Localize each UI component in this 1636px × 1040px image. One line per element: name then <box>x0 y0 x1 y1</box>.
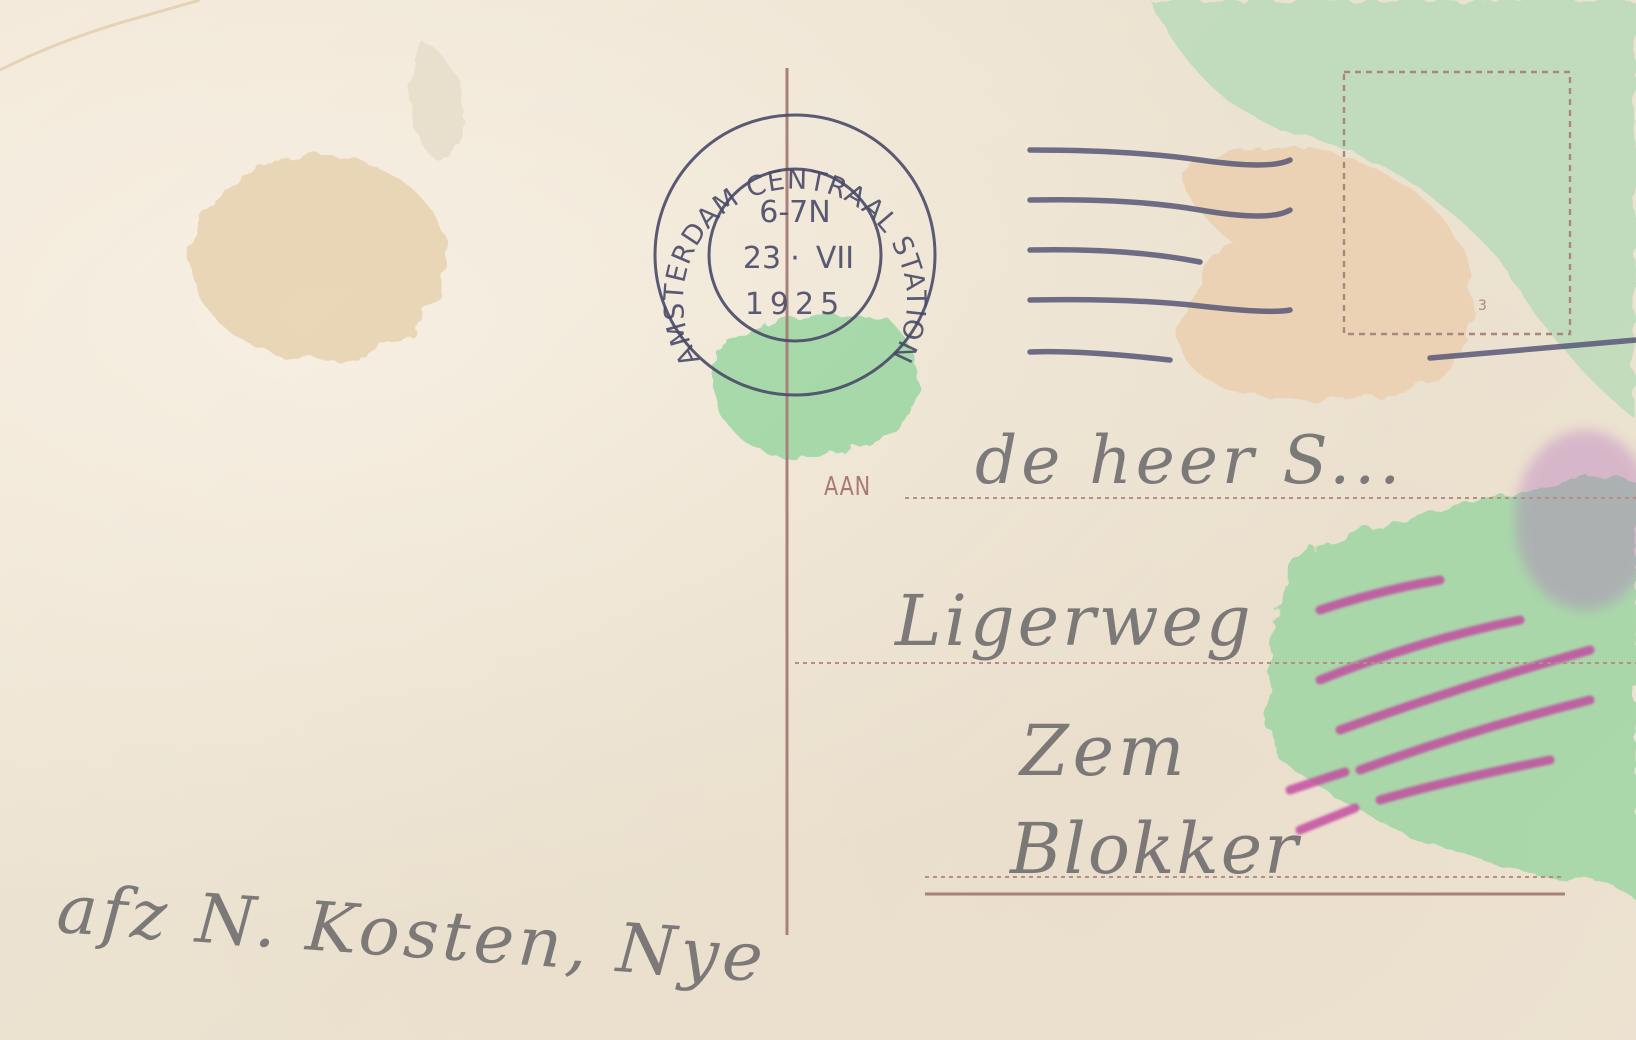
postcard: 3 <box>0 0 1636 1040</box>
svg-text:1925: 1925 <box>745 287 845 322</box>
svg-text:3: 3 <box>1478 298 1487 314</box>
svg-text:·: · <box>790 241 800 276</box>
svg-text:23: 23 <box>743 241 781 276</box>
svg-text:6-7N: 6-7N <box>759 195 830 230</box>
svg-text:VII: VII <box>816 241 854 276</box>
address-line-1: de heer S... <box>975 422 1404 499</box>
address-line-3: Zem <box>1020 710 1188 792</box>
address-label: AAN <box>824 472 871 502</box>
water-stain <box>190 156 446 360</box>
address-line-4: Blokker <box>1010 808 1300 890</box>
address-line-2: Ligerweg <box>895 580 1254 662</box>
